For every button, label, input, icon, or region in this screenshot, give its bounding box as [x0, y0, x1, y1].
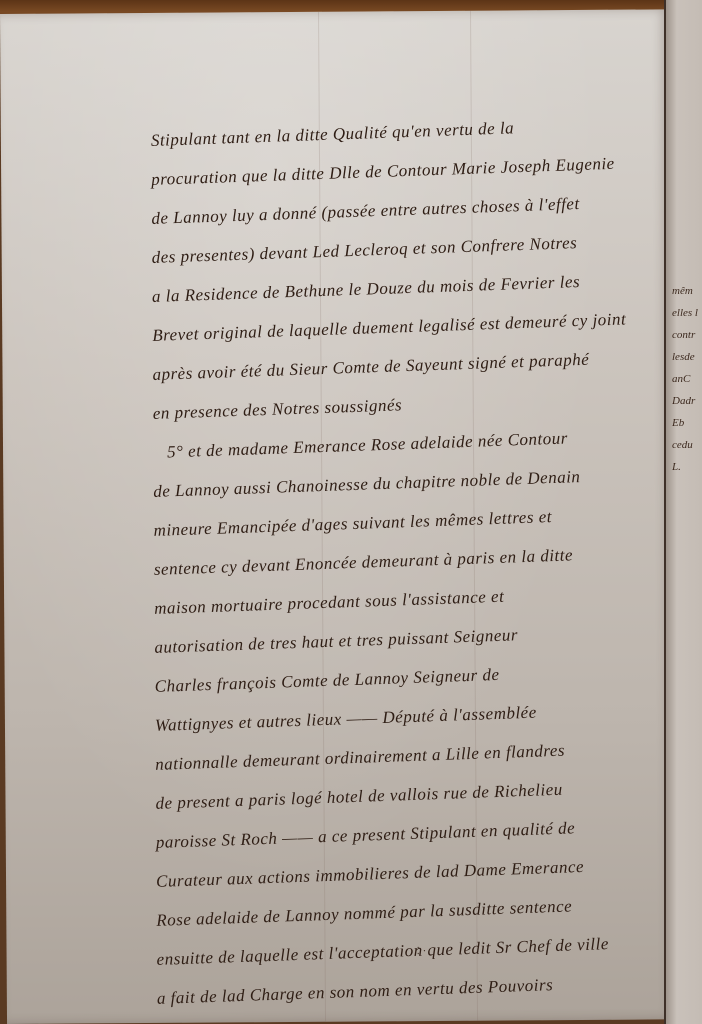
adjacent-page-edge: mêm elles l contr lesde anC Dadr Eb cedu…: [664, 0, 702, 1024]
margin-fragment: contr: [672, 324, 702, 346]
margin-fragment: elles l: [672, 302, 702, 324]
margin-fragment: L.: [672, 456, 702, 478]
ink-specks: ⁚ ·: [417, 946, 427, 957]
margin-fragment: mêm: [672, 280, 702, 302]
margin-fragment: cedu: [672, 434, 702, 456]
margin-fragment: Eb: [672, 412, 702, 434]
margin-fragment: Dadr: [672, 390, 702, 412]
handwritten-text-block: Stipulant tant en la ditte Qualité qu'en…: [151, 117, 667, 1018]
manuscript-page: Stipulant tant en la ditte Qualité qu'en…: [0, 9, 677, 1024]
margin-fragment: anC: [672, 368, 702, 390]
margin-fragment: lesde: [672, 346, 702, 368]
adjacent-page-text: mêm elles l contr lesde anC Dadr Eb cedu…: [672, 280, 702, 478]
